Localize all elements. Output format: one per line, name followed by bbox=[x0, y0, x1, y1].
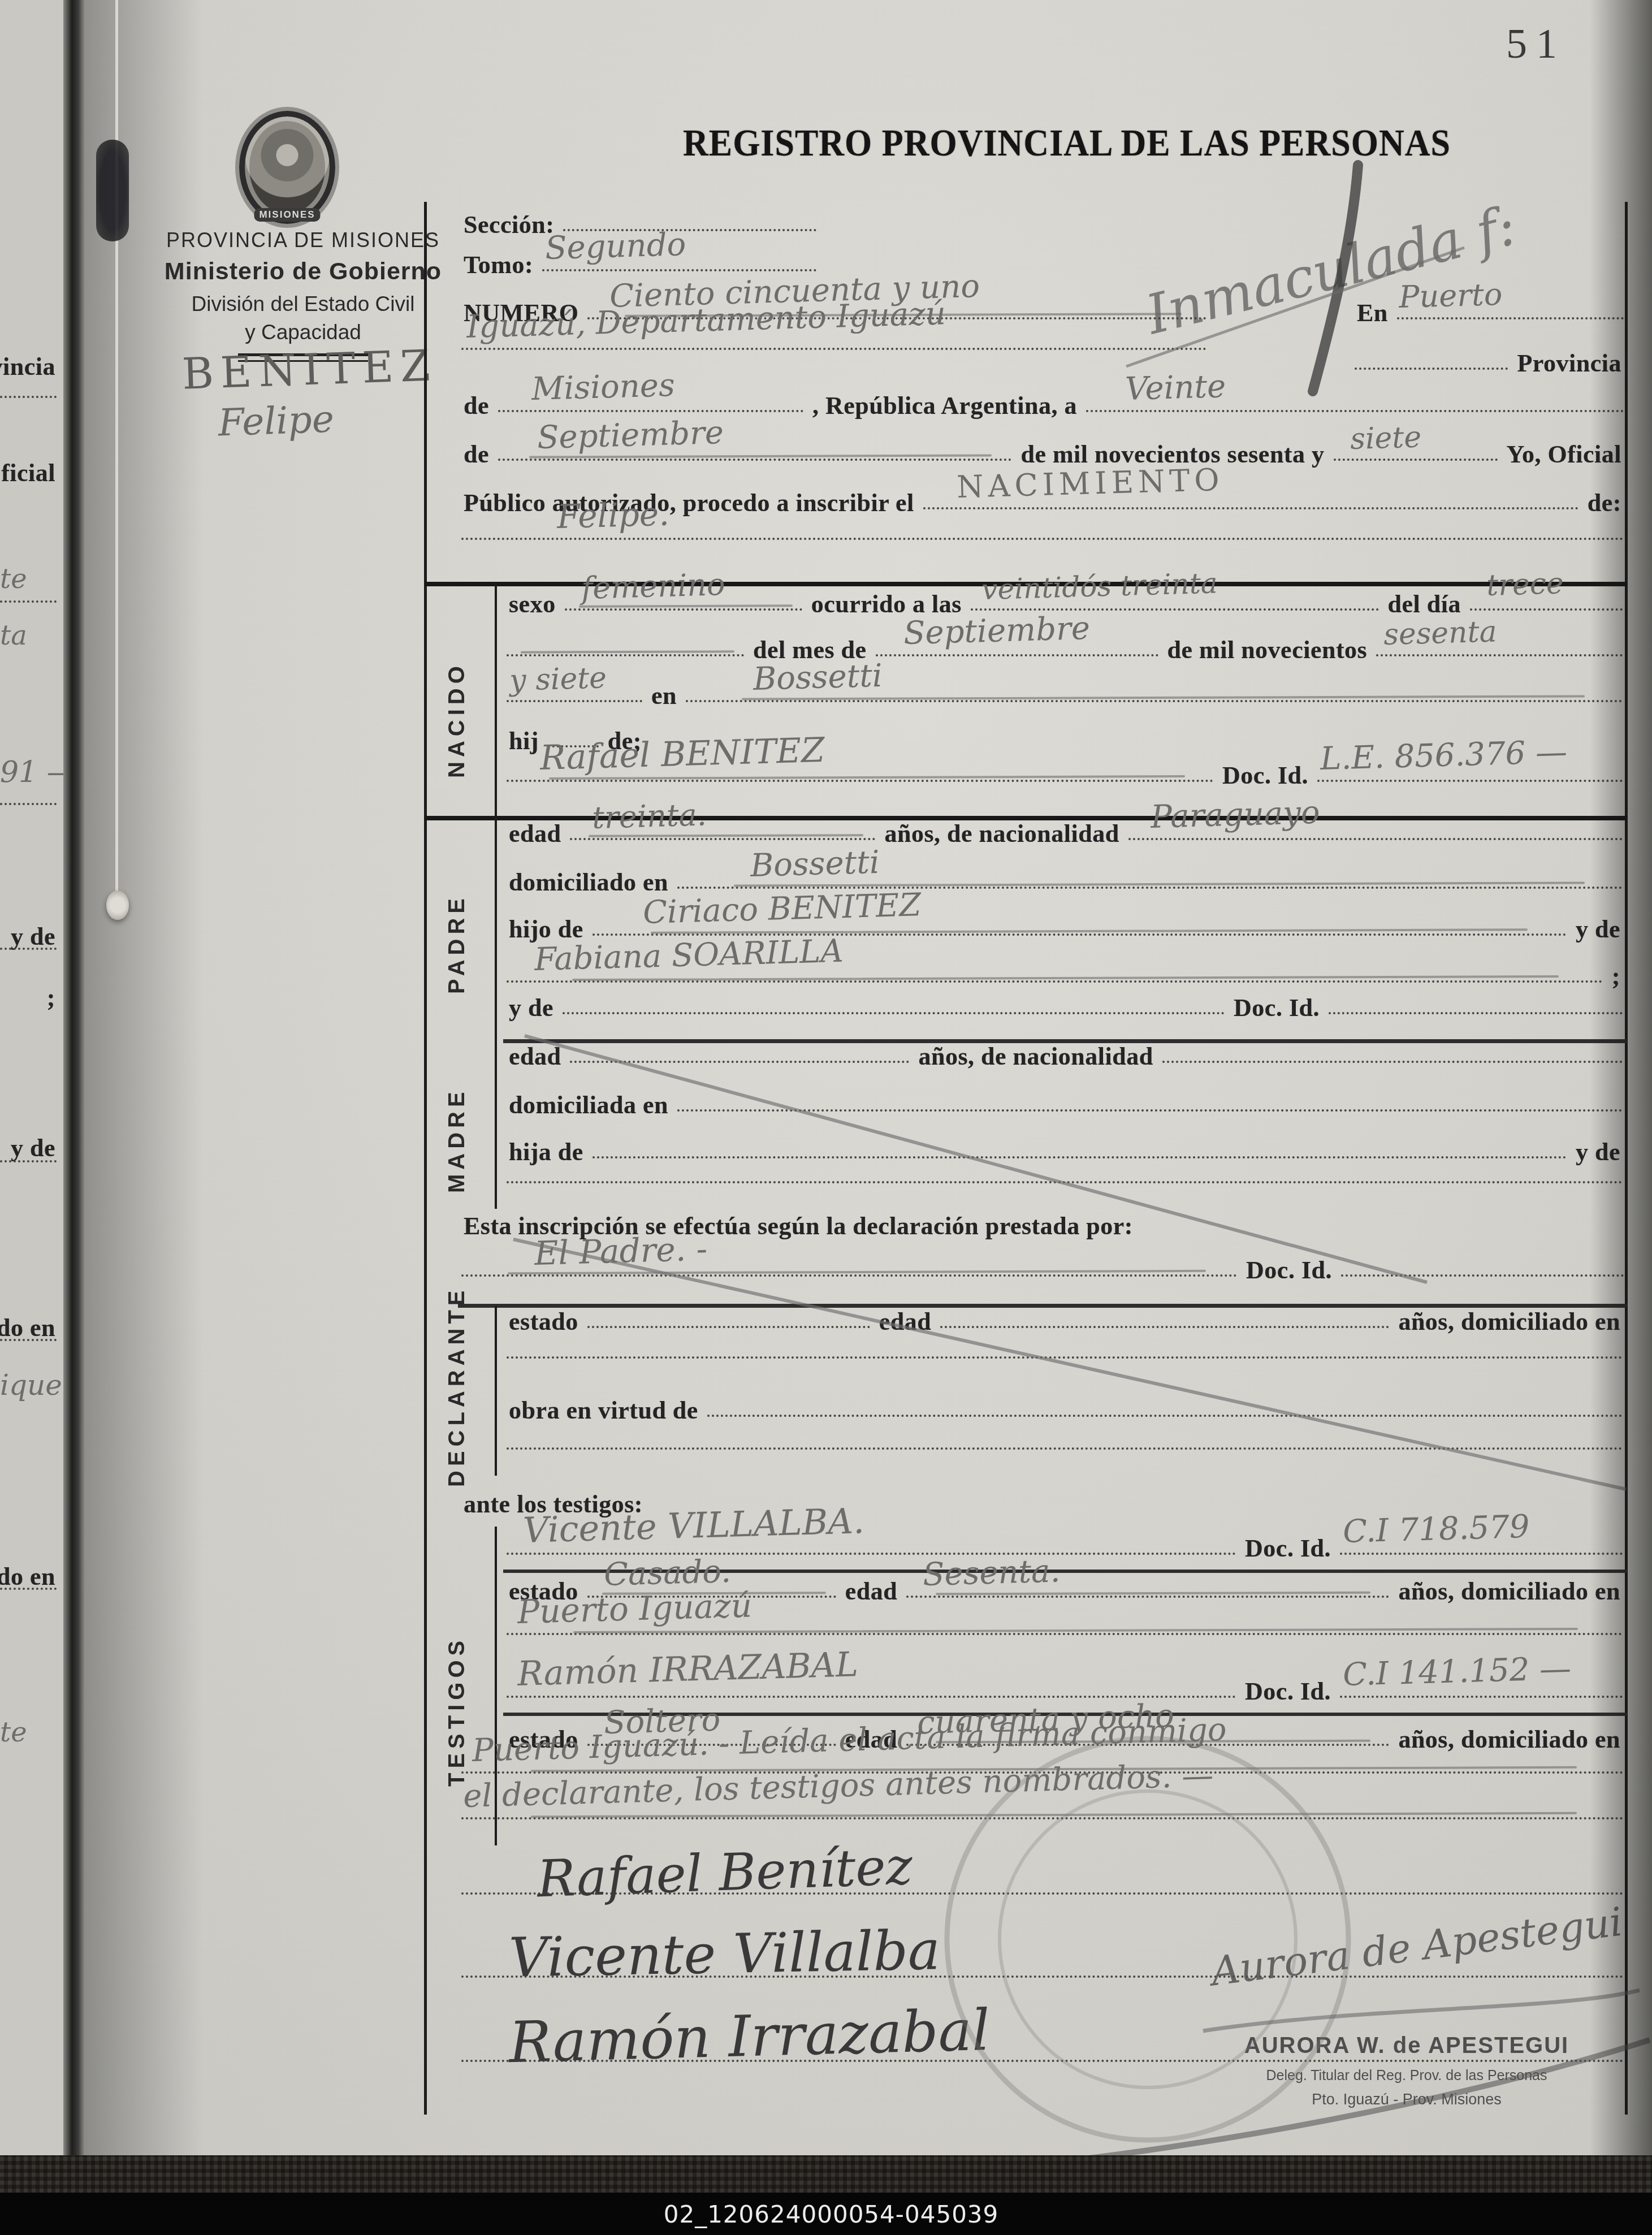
left-margin-fragment: te bbox=[0, 1719, 63, 1760]
en-label: En bbox=[1351, 300, 1394, 326]
madre-section-label: MADRE bbox=[444, 1063, 470, 1193]
decada-field: sesenta bbox=[1376, 650, 1623, 656]
row-declarante-blank2 bbox=[503, 1443, 1626, 1456]
page-number: 51 bbox=[1506, 20, 1566, 68]
declarante-section-label: DECLARANTE bbox=[444, 1295, 470, 1487]
testigo1-nombre-field: Vicente VILLALBA. bbox=[507, 1548, 1236, 1555]
padre-domicilio-handwriting: Bossetti bbox=[750, 847, 880, 882]
hij-label: hij bbox=[503, 728, 544, 754]
left-margin-fragment: ado en bbox=[0, 1300, 63, 1341]
left-margin-fragment: y de bbox=[0, 909, 63, 950]
left-margin-line bbox=[0, 1339, 57, 1341]
madre-edad-label: edad bbox=[503, 1044, 566, 1070]
testigo1-domicilio-field: Puerto Iguazú bbox=[507, 1628, 1623, 1635]
left-margin-line bbox=[0, 396, 57, 398]
row-abuela-materna: hija de y de bbox=[503, 1139, 1626, 1165]
left-fragment-text: ; bbox=[41, 985, 61, 1011]
dia-value-handwriting: trece bbox=[1486, 569, 1564, 600]
provincia-value-field: Misiones bbox=[498, 405, 803, 412]
left-margin-fragment: Oficial bbox=[0, 446, 63, 486]
previous-page-edge bbox=[0, 0, 67, 2155]
madre-y-de-label: y de bbox=[503, 995, 559, 1021]
obra-label: obra en virtud de bbox=[503, 1398, 704, 1424]
testigo2-doc-label: Doc. Id. bbox=[1239, 1679, 1337, 1705]
row-mes-anio: de Septiembre de mil novecientos sesenta… bbox=[458, 442, 1627, 468]
mes-nacimiento-handwriting: Septiembre bbox=[903, 613, 1090, 650]
left-fragment-text: Provincia bbox=[0, 354, 61, 380]
tomo-value-handwriting: Segundo bbox=[545, 229, 687, 265]
page-edge-shadow bbox=[63, 0, 85, 2155]
declarante-edad-label: edad bbox=[873, 1309, 937, 1335]
agency-province: PROVINCIA DE MISIONES bbox=[145, 228, 461, 252]
fecha-dia-field: Veinte bbox=[1086, 405, 1624, 412]
novecientos-label: de mil novecientos bbox=[1162, 637, 1373, 663]
testigos-section-label: TESTIGOS bbox=[444, 1594, 470, 1787]
hora-value-handwriting: veintidós treinta bbox=[981, 569, 1218, 604]
row-mes-nacimiento: del mes de Septiembre de mil novecientos… bbox=[503, 637, 1626, 663]
crest-banner-text: MISIONES bbox=[254, 208, 320, 222]
lugar-nacimiento-field: Bossetti bbox=[686, 695, 1623, 702]
blank-field bbox=[507, 650, 744, 656]
declarante-edad-field bbox=[940, 1321, 1389, 1328]
madre-nacionalidad-field bbox=[1162, 1056, 1623, 1063]
de-label: de bbox=[458, 393, 495, 419]
row-inscripto: Felipe. bbox=[458, 533, 1627, 547]
declarante-doc-field bbox=[1341, 1270, 1624, 1277]
declarante-doc-label: Doc. Id. bbox=[1240, 1257, 1338, 1283]
row-testigo1-domicilio: Puerto Iguazú bbox=[503, 1628, 1626, 1642]
firma1-signature: Rafael Benítez bbox=[537, 1841, 914, 1905]
padre-nombre-handwriting: Rafael BENITEZ bbox=[539, 733, 825, 775]
binding-thread bbox=[115, 0, 118, 905]
scan-reference-caption: 02_120624000054-045039 bbox=[628, 2201, 1035, 2228]
left-margin-fragment: ta bbox=[0, 622, 63, 663]
padre-nacionalidad-handwriting: Paraguayo bbox=[1150, 797, 1320, 833]
left-margin-line bbox=[0, 948, 57, 950]
madre-edad-field bbox=[570, 1056, 909, 1063]
padre-edad-handwriting: treinta. bbox=[592, 800, 707, 834]
left-fragment-text: y de bbox=[5, 1135, 61, 1161]
padre-inner-border bbox=[495, 816, 497, 1039]
scanned-register-page: Provincia Oficial te ta 91 — y de ; y de… bbox=[0, 0, 1652, 2235]
left-margin-line bbox=[0, 1588, 57, 1590]
padre-section-label: PADRE bbox=[444, 864, 470, 994]
testigo2-doc-field: C.I 141.152 — bbox=[1340, 1691, 1623, 1698]
testigo1-edad-field: Sesenta. bbox=[906, 1591, 1389, 1598]
provincia-value-handwriting: Misiones bbox=[531, 370, 675, 405]
declarante-estado-label: estado bbox=[503, 1309, 584, 1335]
acto-field: NACIMIENTO bbox=[923, 503, 1579, 509]
left-fragment-handwriting: ique bbox=[0, 1371, 62, 1402]
nacido-section-label: NACIDO bbox=[444, 625, 470, 778]
en-nacido-label: en bbox=[646, 683, 682, 709]
inscripto-handwriting: Felipe. bbox=[556, 497, 669, 533]
left-fragment-handwriting: te bbox=[0, 565, 27, 595]
en-value-handwriting: Puerto bbox=[1398, 279, 1503, 313]
padre-edad-field: treinta. bbox=[570, 833, 875, 840]
cierre2-field: el declarante, los testigos antes nombra… bbox=[461, 1813, 1624, 1819]
row-lugar-nacimiento: y siete en Bossetti bbox=[503, 683, 1626, 709]
abuela-handwriting: Fabiana SOARILLA bbox=[534, 936, 844, 976]
doc-id-label: Doc. Id. bbox=[1217, 763, 1314, 789]
row-padre-edad: edad treinta. años, de nacionalidad Para… bbox=[503, 821, 1626, 847]
lugar-field: Iguazú, Departamento Iguazú bbox=[461, 343, 1206, 350]
stamp-name: AURORA W. de APESTEGUI bbox=[1192, 2033, 1621, 2059]
left-margin-fragment: ique bbox=[0, 1371, 63, 1412]
abuela-field: Fabiana SOARILLA bbox=[507, 976, 1603, 983]
row-padre-nombre: Rafael BENITEZ Doc. Id. L.E. 856.376 — bbox=[503, 763, 1626, 789]
testigo2-nombre-field: Ramón IRRAZABAL bbox=[507, 1691, 1236, 1698]
left-margin-fragment: iado en bbox=[0, 1549, 63, 1590]
binding-thread-knot bbox=[106, 890, 129, 920]
hijo-de-label: hijo de bbox=[503, 917, 589, 943]
mes-field: Septiembre bbox=[498, 454, 1011, 461]
book-cover-fabric bbox=[0, 2155, 1652, 2193]
left-fragment-handwriting: ta bbox=[0, 622, 27, 651]
left-fragment-text: iado en bbox=[0, 1564, 61, 1590]
anio-value-handwriting: siete bbox=[1350, 423, 1421, 454]
firma2-signature: Vicente Villalba bbox=[508, 1923, 941, 1985]
madre-inner-border bbox=[495, 1039, 497, 1209]
padre-domicilio-label: domiciliado en bbox=[503, 870, 674, 896]
padre-nombre-field: Rafael BENITEZ bbox=[507, 775, 1213, 782]
firma3-signature: Ramón Irrazabal bbox=[508, 2002, 991, 2071]
y-siete-handwriting: y siete bbox=[509, 663, 607, 695]
official-stamp: AURORA W. de APESTEGUI Deleg. Titular de… bbox=[1192, 2033, 1621, 2108]
tomo-field: Segundo bbox=[542, 265, 816, 271]
page-title: REGISTRO PROVINCIAL DE LAS PERSONAS bbox=[683, 121, 1451, 165]
left-fragment-text: ado en bbox=[0, 1315, 61, 1341]
mes-nacimiento-field: Septiembre bbox=[876, 650, 1158, 656]
row-abuela: Fabiana SOARILLA ; bbox=[503, 963, 1626, 989]
retraced-line bbox=[458, 1304, 1627, 1308]
doc-id-field: L.E. 856.376 — bbox=[1317, 775, 1623, 782]
margin-surname-handwriting: BENITEZ bbox=[181, 344, 438, 396]
binding-stitch-hole bbox=[96, 140, 129, 241]
nacido-inner-border bbox=[495, 582, 497, 816]
row-madre-nombre: y de Doc. Id. bbox=[503, 995, 1626, 1021]
y-siete-field: y siete bbox=[507, 695, 642, 702]
row-misiones: de Misiones , República Argentina, a Vei… bbox=[458, 393, 1627, 419]
row-declarante: El Padre. - Doc. Id. bbox=[458, 1257, 1627, 1283]
del-dia-label: del día bbox=[1382, 591, 1467, 617]
madre-doc-label: Doc. Id. bbox=[1228, 995, 1325, 1021]
publico-label: Público autorizado, procedo a inscribir … bbox=[458, 490, 920, 516]
sexo-label: sexo bbox=[503, 591, 561, 617]
agency-ministry: Ministerio de Gobierno bbox=[145, 258, 461, 286]
abuelo-materno-field bbox=[593, 1152, 1567, 1158]
mes-value-handwriting: Septiembre bbox=[537, 417, 724, 454]
decada-value-handwriting: sesenta bbox=[1383, 617, 1498, 650]
hija-de-label: hija de bbox=[503, 1139, 589, 1165]
margin-givenname-handwriting: Felipe bbox=[218, 400, 335, 442]
hora-field: veintidós treinta bbox=[971, 604, 1379, 611]
inscripto-field: Felipe. bbox=[461, 533, 1624, 540]
left-fragment-text: y de bbox=[5, 924, 61, 950]
right-page-curl-shadow bbox=[1590, 0, 1652, 2155]
stamp-location: Pto. Iguazú - Prov. Misiones bbox=[1192, 2091, 1621, 2108]
row-provincia: Provincia bbox=[1351, 351, 1627, 377]
blank-field bbox=[507, 1177, 1623, 1183]
left-margin-line bbox=[0, 600, 57, 603]
row-lugar: Iguazú, Departamento Iguazú bbox=[458, 343, 1210, 357]
left-margin-fragment: y de bbox=[0, 1121, 63, 1161]
row-madre-domicilio: domiciliada en bbox=[503, 1092, 1626, 1118]
madre-domicilio-field bbox=[677, 1105, 1623, 1112]
crest-emblem-icon bbox=[239, 111, 335, 224]
agency-division: División del Estado Civil bbox=[145, 292, 461, 316]
row-padre-domicilio: domiciliado en Bossetti bbox=[503, 870, 1626, 896]
madre-doc-field bbox=[1329, 1008, 1623, 1014]
blank-field bbox=[507, 1443, 1623, 1450]
lugar-nacimiento-handwriting: Bossetti bbox=[753, 660, 883, 695]
blank-field bbox=[507, 1352, 1623, 1359]
testigo1-domicilio-handwriting: Puerto Iguazú bbox=[517, 1589, 752, 1628]
left-margin-fragment: 91 — bbox=[0, 758, 63, 798]
left-margin-fragment: ; bbox=[0, 970, 63, 1011]
sexo-value-handwriting: femenino bbox=[581, 569, 725, 604]
testigo2-doc-handwriting: C.I 141.152 — bbox=[1342, 1653, 1571, 1691]
row-declarante-blank1 bbox=[503, 1352, 1626, 1365]
madre-domicilio-label: domiciliada en bbox=[503, 1092, 674, 1118]
declarante-handwriting: El Padre. - bbox=[534, 1233, 707, 1270]
fecha-dia-handwriting: Veinte bbox=[1125, 371, 1226, 405]
left-fragment-text: Oficial bbox=[0, 460, 61, 486]
row-declarante-estado: estado edad años, domiciliado en bbox=[503, 1309, 1626, 1335]
tomo-label: Tomo: bbox=[458, 252, 539, 278]
testigo1-edad-label: edad bbox=[840, 1579, 903, 1605]
acto-value-handwriting: NACIMIENTO bbox=[956, 465, 1224, 503]
testigo2-nombre-handwriting: Ramón IRRAZABAL bbox=[517, 1648, 858, 1691]
row-cierre2: el declarante, los testigos antes nombra… bbox=[458, 1813, 1627, 1826]
testigo1-estado-handwriting: Casado. bbox=[603, 1556, 731, 1591]
left-margin-line bbox=[0, 1160, 57, 1162]
declarante-estado-field bbox=[587, 1321, 870, 1328]
left-margin-line bbox=[0, 803, 57, 805]
row-en: En Puerto bbox=[1351, 300, 1627, 326]
row-madre-edad: edad años, de nacionalidad bbox=[503, 1044, 1626, 1070]
declarante-field: El Padre. - bbox=[461, 1270, 1237, 1277]
obra-field bbox=[707, 1410, 1623, 1417]
republica-label: , República Argentina, a bbox=[807, 393, 1083, 419]
provincial-crest: MISIONES bbox=[239, 111, 335, 224]
padre-edad-label: edad bbox=[503, 821, 566, 847]
padre-domicilio-field: Bossetti bbox=[677, 882, 1623, 889]
stamp-title: Deleg. Titular del Reg. Prov. de las Per… bbox=[1192, 2068, 1621, 2084]
testigo1-edad-handwriting: Sesenta. bbox=[923, 1555, 1061, 1591]
testigo1-doc-label: Doc. Id. bbox=[1239, 1536, 1337, 1562]
form-left-border bbox=[424, 202, 427, 2115]
de-label: de bbox=[458, 442, 495, 468]
left-fragment-handwriting: 91 — bbox=[0, 758, 63, 789]
testigo1-doc-handwriting: C.I 718.579 bbox=[1342, 1511, 1530, 1548]
left-fragment-handwriting: te bbox=[0, 1719, 27, 1748]
abuelo-field: Ciriaco BENITEZ bbox=[593, 929, 1567, 936]
abuelo-handwriting: Ciriaco BENITEZ bbox=[642, 889, 921, 929]
testigo1-nombre-handwriting: Vicente VILLALBA. bbox=[522, 1503, 864, 1548]
left-margin-fragment: Provincia bbox=[0, 339, 63, 380]
row-obra: obra en virtud de bbox=[503, 1398, 1626, 1424]
declarante-inner-border bbox=[495, 1306, 497, 1476]
padre-nacionalidad-label: años, de nacionalidad bbox=[879, 821, 1125, 847]
testigo1-doc-field: C.I 718.579 bbox=[1340, 1548, 1623, 1555]
sexo-field: femenino bbox=[565, 604, 802, 611]
row-madre-blank bbox=[503, 1177, 1626, 1190]
provincia-field bbox=[1355, 363, 1508, 370]
doc-id-handwriting: L.E. 856.376 — bbox=[1320, 737, 1567, 775]
madre-nacionalidad-label: años, de nacionalidad bbox=[913, 1044, 1158, 1070]
madre-nombre-field bbox=[563, 1008, 1225, 1014]
padre-nacionalidad-field: Paraguayo bbox=[1128, 833, 1623, 840]
anio-field: siete bbox=[1334, 454, 1498, 461]
